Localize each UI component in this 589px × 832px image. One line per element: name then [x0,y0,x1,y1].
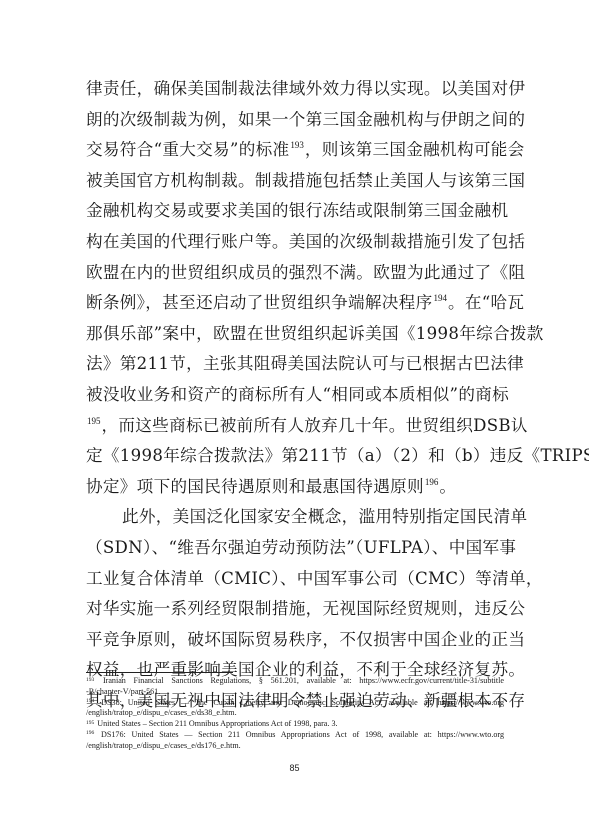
footnote-line: /english/tratop_e/dispu_e/cases_e/ds38_e… [86,708,504,719]
footnote-193: 193 Iranian Financial Sanctions Regulati… [86,676,504,698]
footnote-line: -B/chapter-V/part-561. [86,687,504,698]
text-line: 被美国官方机构制裁。制裁措施包括禁止美国人与该第三国 [86,166,504,197]
footnote-text: Iranian Financial Sanctions Regulations,… [103,676,504,685]
footnote-reference-194[interactable]: 194 [433,293,447,303]
text-line: 定《1998年综合拨款法》第211节（a）（2）和（b）违反《TRIPS [86,441,504,472]
footnote-number: 194 [86,698,94,704]
footnote-195: 195 United States – Section 211 Omnibus … [86,719,504,730]
text-line: 195，而这些商标已被前所有人放弃几十年。世贸组织DSB认 [86,411,504,442]
footnote-reference-196[interactable]: 196 [425,477,439,487]
footnote-line: /english/tratop_e/dispu_e/cases_e/ds176_… [86,741,504,752]
footnote-number: 193 [86,677,94,683]
text-fragment: 断条例》，甚至还启动了世贸组织争端解决程序 [86,293,432,312]
text-line: 构在美国的代理行账户等。美国的次级制裁措施引发了包括 [86,227,504,258]
text-line: 工业复合体清单（CMIC）、中国军事公司（CMC）等清单， [86,564,504,595]
text-line: 交易符合“重大交易”的标准193，则该第三国金融机构可能会 [86,135,504,166]
text-fragment: 。 [439,477,456,496]
body-text: 律责任，确保美国制裁法律域外效力得以实现。以美国对伊 朗的次级制裁为例，如果一个… [86,74,504,716]
footnote-194: 194 DS38: United States — The Cuban Libe… [86,698,504,720]
footnote-line: 194 DS38: United States — The Cuban Libe… [86,698,504,709]
footnote-text: United States – Section 211 Omnibus Appr… [97,719,337,728]
text-line: 断条例》，甚至还启动了世贸组织争端解决程序194。在“哈瓦 [86,288,504,319]
footnote-line: 193 Iranian Financial Sanctions Regulati… [86,676,504,687]
text-fragment: 交易符合“重大交易”的标准 [86,140,289,159]
footnote-196: 196 DS176: United States — Section 211 O… [86,730,504,752]
text-line: 金融机构交易或要求美国的银行冻结或限制第三国金融机 [86,196,504,227]
text-line: 朗的次级制裁为例，如果一个第三国金融机构与伊朗之间的 [86,105,504,136]
page-number: 85 [0,763,589,773]
footnote-number: 195 [86,720,94,726]
text-line: 欧盟在内的世贸组织成员的强烈不满。欧盟为此通过了《阻 [86,258,504,289]
text-line: 协定》项下的国民待遇原则和最惠国待遇原则196。 [86,472,504,503]
text-fragment: 协定》项下的国民待遇原则和最惠国待遇原则 [86,477,424,496]
text-fragment: ，而这些商标已被前所有人放弃几十年。世贸组织DSB认 [102,416,528,435]
footnote-number: 196 [86,730,94,736]
text-fragment: ，则该第三国金融机构可能会 [305,140,525,159]
text-fragment: 。在“哈瓦 [448,293,524,312]
footnote-line: 196 DS176: United States — Section 211 O… [86,730,504,741]
footnote-line: 195 United States – Section 211 Omnibus … [86,719,504,730]
text-line: 律责任，确保美国制裁法律域外效力得以实现。以美国对伊 [86,74,504,105]
text-line: （SDN）、“维吾尔强迫劳动预防法”（UFLPA）、中国军事 [86,533,504,564]
paragraph-start-line: 此外，美国泛化国家安全概念，滥用特别指定国民清单 [86,502,504,533]
text-line: 被没收业务和资产的商标所有人“相同或本质相似”的商标 [86,380,504,411]
footnote-separator [86,672,233,673]
footnote-reference-193[interactable]: 193 [290,140,304,150]
text-line: 平竞争原则，破坏国际贸易秩序，不仅损害中国企业的正当 [86,625,504,656]
footnote-reference-195[interactable]: 195 [87,416,101,426]
footnote-text: DS38: United States — The Cuban Liberty … [101,698,504,707]
text-line: 对华实施一系列经贸限制措施，无视国际经贸规则，违反公 [86,594,504,625]
text-line: 那俱乐部”案中，欧盟在世贸组织起诉美国《1998年综合拨款 [86,319,504,350]
text-line: 法》第211节，主张其阻碍美国法院认可与已根据古巴法律 [86,349,504,380]
footnote-text: DS176: United States — Section 211 Omnib… [101,730,504,739]
footnotes: 193 Iranian Financial Sanctions Regulati… [86,676,504,752]
document-page: 律责任，确保美国制裁法律域外效力得以实现。以美国对伊 朗的次级制裁为例，如果一个… [0,0,589,832]
